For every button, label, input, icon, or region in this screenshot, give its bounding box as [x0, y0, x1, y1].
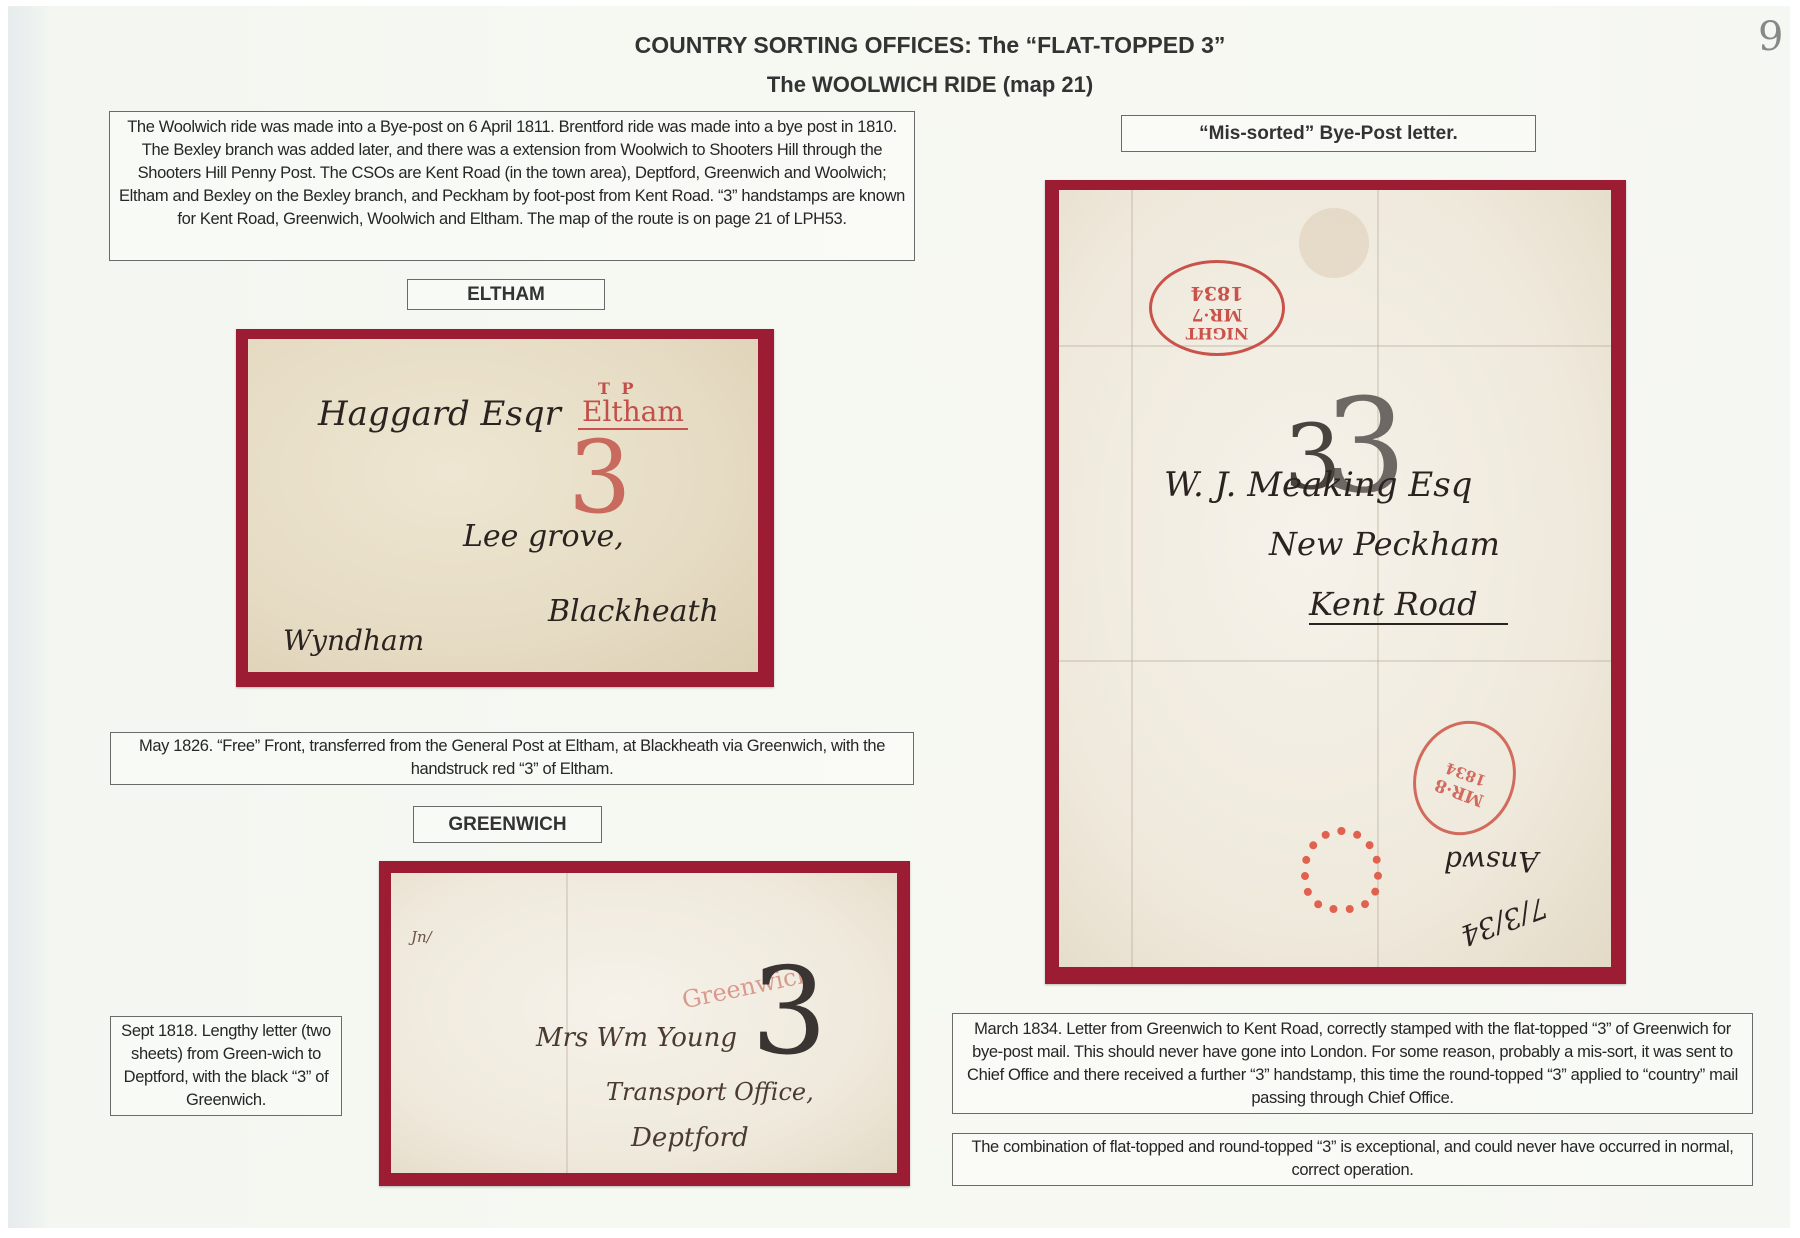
letter-greenwich: Jn/ Greenwich 3 Mrs Wm Young Transport O…: [391, 873, 897, 1173]
night-stamp-line3: 1834: [1152, 282, 1282, 304]
eltham-red-3-stamp: 3: [568, 419, 632, 536]
night-stamp-line1: NIGHT: [1152, 324, 1282, 343]
fold-line: [1059, 660, 1611, 662]
section-label-eltham-text: ELTHAM: [467, 284, 545, 306]
greenwich-address-line3: Deptford: [631, 1123, 749, 1153]
mr8-date-stamp: MR·8 1834: [1397, 706, 1532, 850]
letter-missorted: NIGHT MR·7 1834 3 3 W. J. Meaking Esq Ne…: [1059, 190, 1611, 967]
note-combination: The combination of flat-topped and round…: [952, 1133, 1753, 1186]
page-title: COUNTRY SORTING OFFICES: The “FLAT-TOPPE…: [0, 32, 1800, 59]
section-label-eltham: ELTHAM: [407, 279, 605, 310]
caption-eltham: May 1826. “Free” Front, transferred from…: [110, 732, 914, 785]
letter-mount-greenwich: Jn/ Greenwich 3 Mrs Wm Young Transport O…: [379, 861, 910, 1186]
night-stamp-line2: MR·7: [1152, 304, 1282, 324]
caption-greenwich: Sept 1818. Lengthy letter (two sheets) f…: [110, 1016, 342, 1116]
caption-greenwich-text: Sept 1818. Lengthy letter (two sheets) f…: [121, 1022, 331, 1109]
caption-eltham-text: May 1826. “Free” Front, transferred from…: [139, 737, 885, 778]
section-label-greenwich-text: GREENWICH: [448, 814, 566, 836]
caption-missorted: March 1834. Letter from Greenwich to Ken…: [952, 1013, 1753, 1114]
missorted-address-line2: New Peckham: [1269, 525, 1500, 563]
eltham-signature: Wyndham: [283, 624, 424, 657]
greenwich-address-line2: Transport Office,: [606, 1078, 814, 1106]
fold-line: [1059, 345, 1611, 347]
greenwich-address-line1: Mrs Wm Young: [536, 1023, 737, 1053]
letter-mount-missorted: NIGHT MR·7 1834 3 3 W. J. Meaking Esq Ne…: [1045, 180, 1626, 984]
night-date-stamp: NIGHT MR·7 1834: [1149, 260, 1285, 356]
greenwich-black-3-stamp: 3: [751, 943, 827, 1082]
docket-answered: Answd: [1444, 845, 1539, 878]
red-wax-seal-mark: [1301, 827, 1382, 913]
letter-eltham: Haggard Esqr Lee grove, Blackheath Wyndh…: [248, 339, 758, 672]
section-label-missorted-text: “Mis-sorted” Bye-Post letter.: [1199, 123, 1458, 145]
intro-text: The Woolwich ride was made into a Bye-po…: [119, 118, 905, 228]
missorted-address-line1: W. J. Meaking Esq: [1164, 465, 1472, 505]
eltham-address-line3: Blackheath: [548, 594, 719, 629]
fold-line: [1131, 190, 1133, 967]
missorted-address-line3: Kent Road: [1309, 585, 1508, 625]
greenwich-corner-note: Jn/: [411, 928, 432, 946]
page-number: 9: [1758, 14, 1783, 60]
wax-seal-mark: [1299, 208, 1369, 278]
eltham-address-line1: Haggard Esqr: [318, 394, 561, 434]
section-label-missorted: “Mis-sorted” Bye-Post letter.: [1121, 115, 1536, 152]
letter-mount-eltham: Haggard Esqr Lee grove, Blackheath Wyndh…: [236, 329, 774, 687]
section-label-greenwich: GREENWICH: [413, 806, 602, 843]
docket-date: 7/3/34: [1456, 891, 1552, 953]
page-subtitle: The WOOLWICH RIDE (map 21): [0, 72, 1800, 98]
note-combination-text: The combination of flat-topped and round…: [971, 1138, 1733, 1179]
intro-text-box: The Woolwich ride was made into a Bye-po…: [109, 111, 915, 261]
caption-missorted-text: March 1834. Letter from Greenwich to Ken…: [967, 1020, 1738, 1107]
